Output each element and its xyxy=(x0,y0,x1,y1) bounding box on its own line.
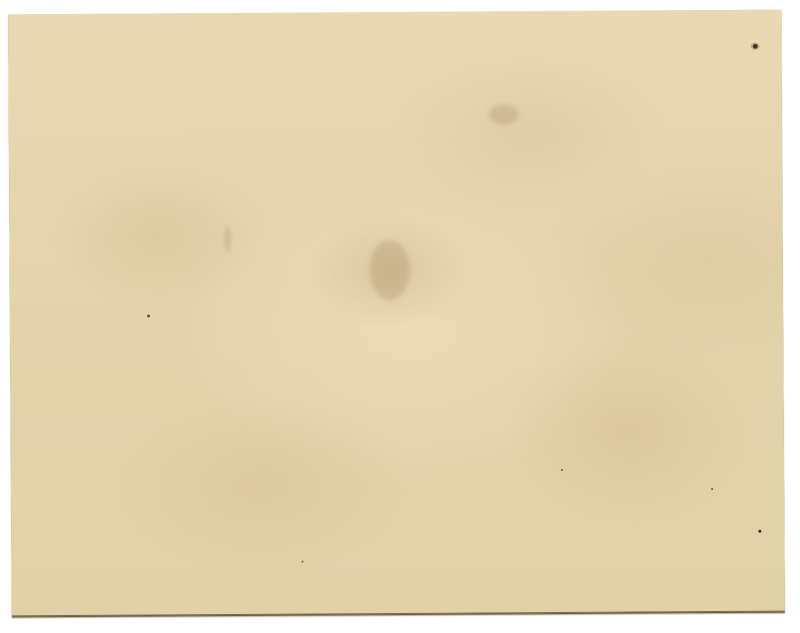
paper-speck xyxy=(561,469,563,471)
paper-stain xyxy=(224,226,230,252)
pin-hole-mark xyxy=(750,43,759,50)
paper-speck xyxy=(758,530,761,533)
paper-speck xyxy=(302,561,304,563)
image-canvas xyxy=(0,0,800,633)
aged-paper-sheet xyxy=(8,10,785,617)
paper-speck xyxy=(147,315,150,318)
paper-stain xyxy=(489,104,519,124)
paper-stain xyxy=(370,240,410,300)
paper-speck xyxy=(711,488,713,490)
